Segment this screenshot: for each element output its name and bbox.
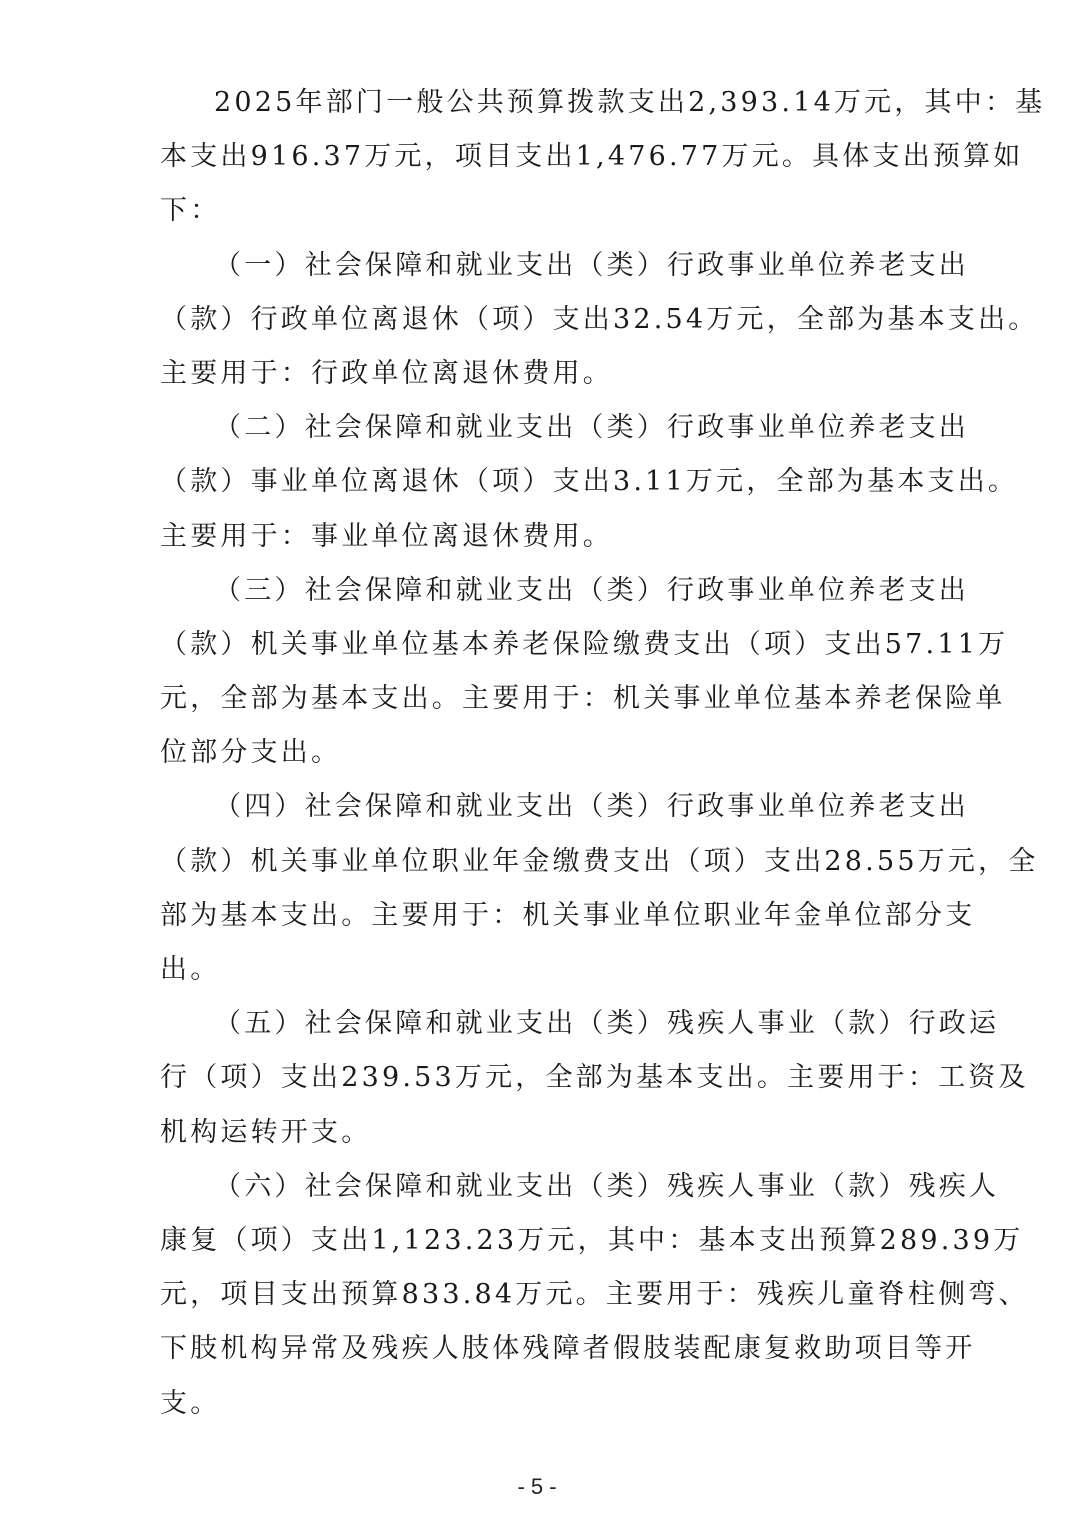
paragraph-item-2: （二）社会保障和就业支出（类）行政事业单位养老支出 （款）事业单位离退休（项）支…	[160, 401, 930, 564]
paragraph-item-1: （一）社会保障和就业支出（类）行政事业单位养老支出 （款）行政单位离退休（项）支…	[160, 239, 930, 402]
text-line: 下肢机构异常及残疾人肢体残障者假肢装配康复救助项目等开	[160, 1322, 930, 1376]
text-line: 部为基本支出。主要用于：机关事业单位职业年金单位部分支	[160, 889, 930, 943]
text-line: （二）社会保障和就业支出（类）行政事业单位养老支出	[160, 401, 930, 455]
text-line: 康复（项）支出1,123.23万元，其中：基本支出预算289.39万	[160, 1214, 930, 1268]
text-line: 主要用于：行政单位离退休费用。	[160, 347, 930, 401]
text-line: 下：	[160, 184, 930, 238]
text-line: 位部分支出。	[160, 726, 930, 780]
text-line: （一）社会保障和就业支出（类）行政事业单位养老支出	[160, 239, 930, 293]
text-line: 2025年部门一般公共预算拨款支出2,393.14万元，其中：基	[160, 76, 930, 130]
text-line: 元，项目支出预算833.84万元。主要用于：残疾儿童脊柱侧弯、	[160, 1268, 930, 1322]
text-line: （五）社会保障和就业支出（类）残疾人事业（款）行政运	[160, 997, 930, 1051]
page-number: - 5 -	[0, 1474, 1074, 1500]
text-line: （款）机关事业单位基本养老保险缴费支出（项）支出57.11万	[160, 618, 930, 672]
text-line: 机构运转开支。	[160, 1106, 930, 1160]
text-line: 支。	[160, 1377, 930, 1431]
document-body: 2025年部门一般公共预算拨款支出2,393.14万元，其中：基 本支出916.…	[160, 76, 930, 1431]
text-line: 主要用于：事业单位离退休费用。	[160, 510, 930, 564]
text-line: （款）机关事业单位职业年金缴费支出（项）支出28.55万元，全	[160, 835, 930, 889]
paragraph-item-5: （五）社会保障和就业支出（类）残疾人事业（款）行政运 行（项）支出239.53万…	[160, 997, 930, 1160]
paragraph-item-4: （四）社会保障和就业支出（类）行政事业单位养老支出 （款）机关事业单位职业年金缴…	[160, 780, 930, 997]
text-line: （款）行政单位离退休（项）支出32.54万元，全部为基本支出。	[160, 293, 930, 347]
text-line: （三）社会保障和就业支出（类）行政事业单位养老支出	[160, 564, 930, 618]
text-line: （款）事业单位离退休（项）支出3.11万元，全部为基本支出。	[160, 455, 930, 509]
paragraph-intro: 2025年部门一般公共预算拨款支出2,393.14万元，其中：基 本支出916.…	[160, 76, 930, 239]
paragraph-item-3: （三）社会保障和就业支出（类）行政事业单位养老支出 （款）机关事业单位基本养老保…	[160, 564, 930, 781]
text-line: （六）社会保障和就业支出（类）残疾人事业（款）残疾人	[160, 1160, 930, 1214]
paragraph-item-6: （六）社会保障和就业支出（类）残疾人事业（款）残疾人 康复（项）支出1,123.…	[160, 1160, 930, 1431]
text-line: 元，全部为基本支出。主要用于：机关事业单位基本养老保险单	[160, 672, 930, 726]
text-line: 行（项）支出239.53万元，全部为基本支出。主要用于：工资及	[160, 1051, 930, 1105]
text-line: 本支出916.37万元，项目支出1,476.77万元。具体支出预算如	[160, 130, 930, 184]
text-line: 出。	[160, 943, 930, 997]
text-line: （四）社会保障和就业支出（类）行政事业单位养老支出	[160, 780, 930, 834]
